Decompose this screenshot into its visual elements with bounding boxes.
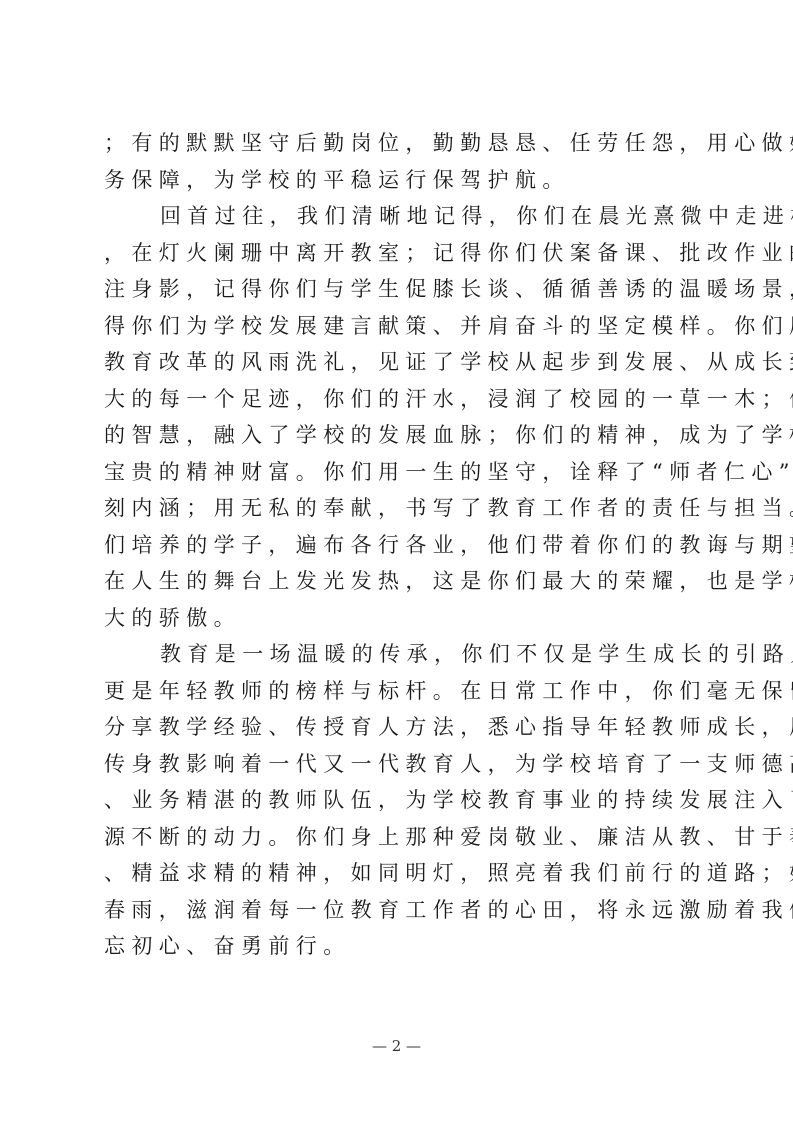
text-line: 的智慧，融入了学校的发展血脉；你们的精神，成为了学校最 — [104, 417, 688, 454]
text-line: 大的骄傲。 — [104, 600, 688, 637]
paragraph-1: ；有的默默坚守后勤岗位，勤勤恳恳、任劳任怨，用心做好服 务保障，为学校的平稳运行… — [104, 125, 688, 198]
text-line: 传身教影响着一代又一代教育人，为学校培育了一支师德高尚 — [104, 746, 688, 783]
text-line: 教育改革的风雨洗礼，见证了学校从起步到发展、从成长到壮 — [104, 344, 688, 381]
text-line: 回首过往，我们清晰地记得，你们在晨光熹微中走进校园 — [104, 198, 688, 235]
document-body: ；有的默默坚守后勤岗位，勤勤恳恳、任劳任怨，用心做好服 务保障，为学校的平稳运行… — [104, 125, 688, 965]
paragraph-2: 回首过往，我们清晰地记得，你们在晨光熹微中走进校园 ，在灯火阑珊中离开教室；记得… — [104, 198, 688, 636]
page-number: — 2 — — [0, 1037, 793, 1055]
text-line: 教育是一场温暖的传承，你们不仅是学生成长的引路人， — [104, 636, 688, 673]
text-line: 忘初心、奋勇前行。 — [104, 928, 688, 965]
paragraph-3: 教育是一场温暖的传承，你们不仅是学生成长的引路人， 更是年轻教师的榜样与标杆。在… — [104, 636, 688, 965]
text-line: 春雨，滋润着每一位教育工作者的心田，将永远激励着我们不 — [104, 892, 688, 929]
text-line: ；有的默默坚守后勤岗位，勤勤恳恳、任劳任怨，用心做好服 — [104, 125, 688, 162]
text-line: 源不断的动力。你们身上那种爱岗敬业、廉洁从教、甘于奉献 — [104, 819, 688, 856]
text-line: 刻内涵；用无私的奉献，书写了教育工作者的责任与担当。你 — [104, 490, 688, 527]
text-line: 分享教学经验、传授育人方法，悉心指导年轻教师成长，用言 — [104, 709, 688, 746]
text-line: 宝贵的精神财富。你们用一生的坚守，诠释了“师者仁心”的深 — [104, 454, 688, 491]
text-line: 大的每一个足迹，你们的汗水，浸润了校园的一草一木；你们 — [104, 381, 688, 418]
text-line: ，在灯火阑珊中离开教室；记得你们伏案备课、批改作业的专 — [104, 235, 688, 272]
text-line: 务保障，为学校的平稳运行保驾护航。 — [104, 162, 688, 199]
text-line: 在人生的舞台上发光发热，这是你们最大的荣耀，也是学校最 — [104, 563, 688, 600]
text-line: 、业务精湛的教师队伍，为学校教育事业的持续发展注入了源 — [104, 782, 688, 819]
text-line: 、精益求精的精神，如同明灯，照亮着我们前行的道路；如同 — [104, 855, 688, 892]
text-line: 更是年轻教师的榜样与标杆。在日常工作中，你们毫无保留地 — [104, 673, 688, 710]
text-line: 们培养的学子，遍布各行各业，他们带着你们的教诲与期望， — [104, 527, 688, 564]
text-line: 得你们为学校发展建言献策、并肩奋斗的坚定模样。你们历经 — [104, 308, 688, 345]
text-line: 注身影，记得你们与学生促膝长谈、循循善诱的温暖场景，记 — [104, 271, 688, 308]
